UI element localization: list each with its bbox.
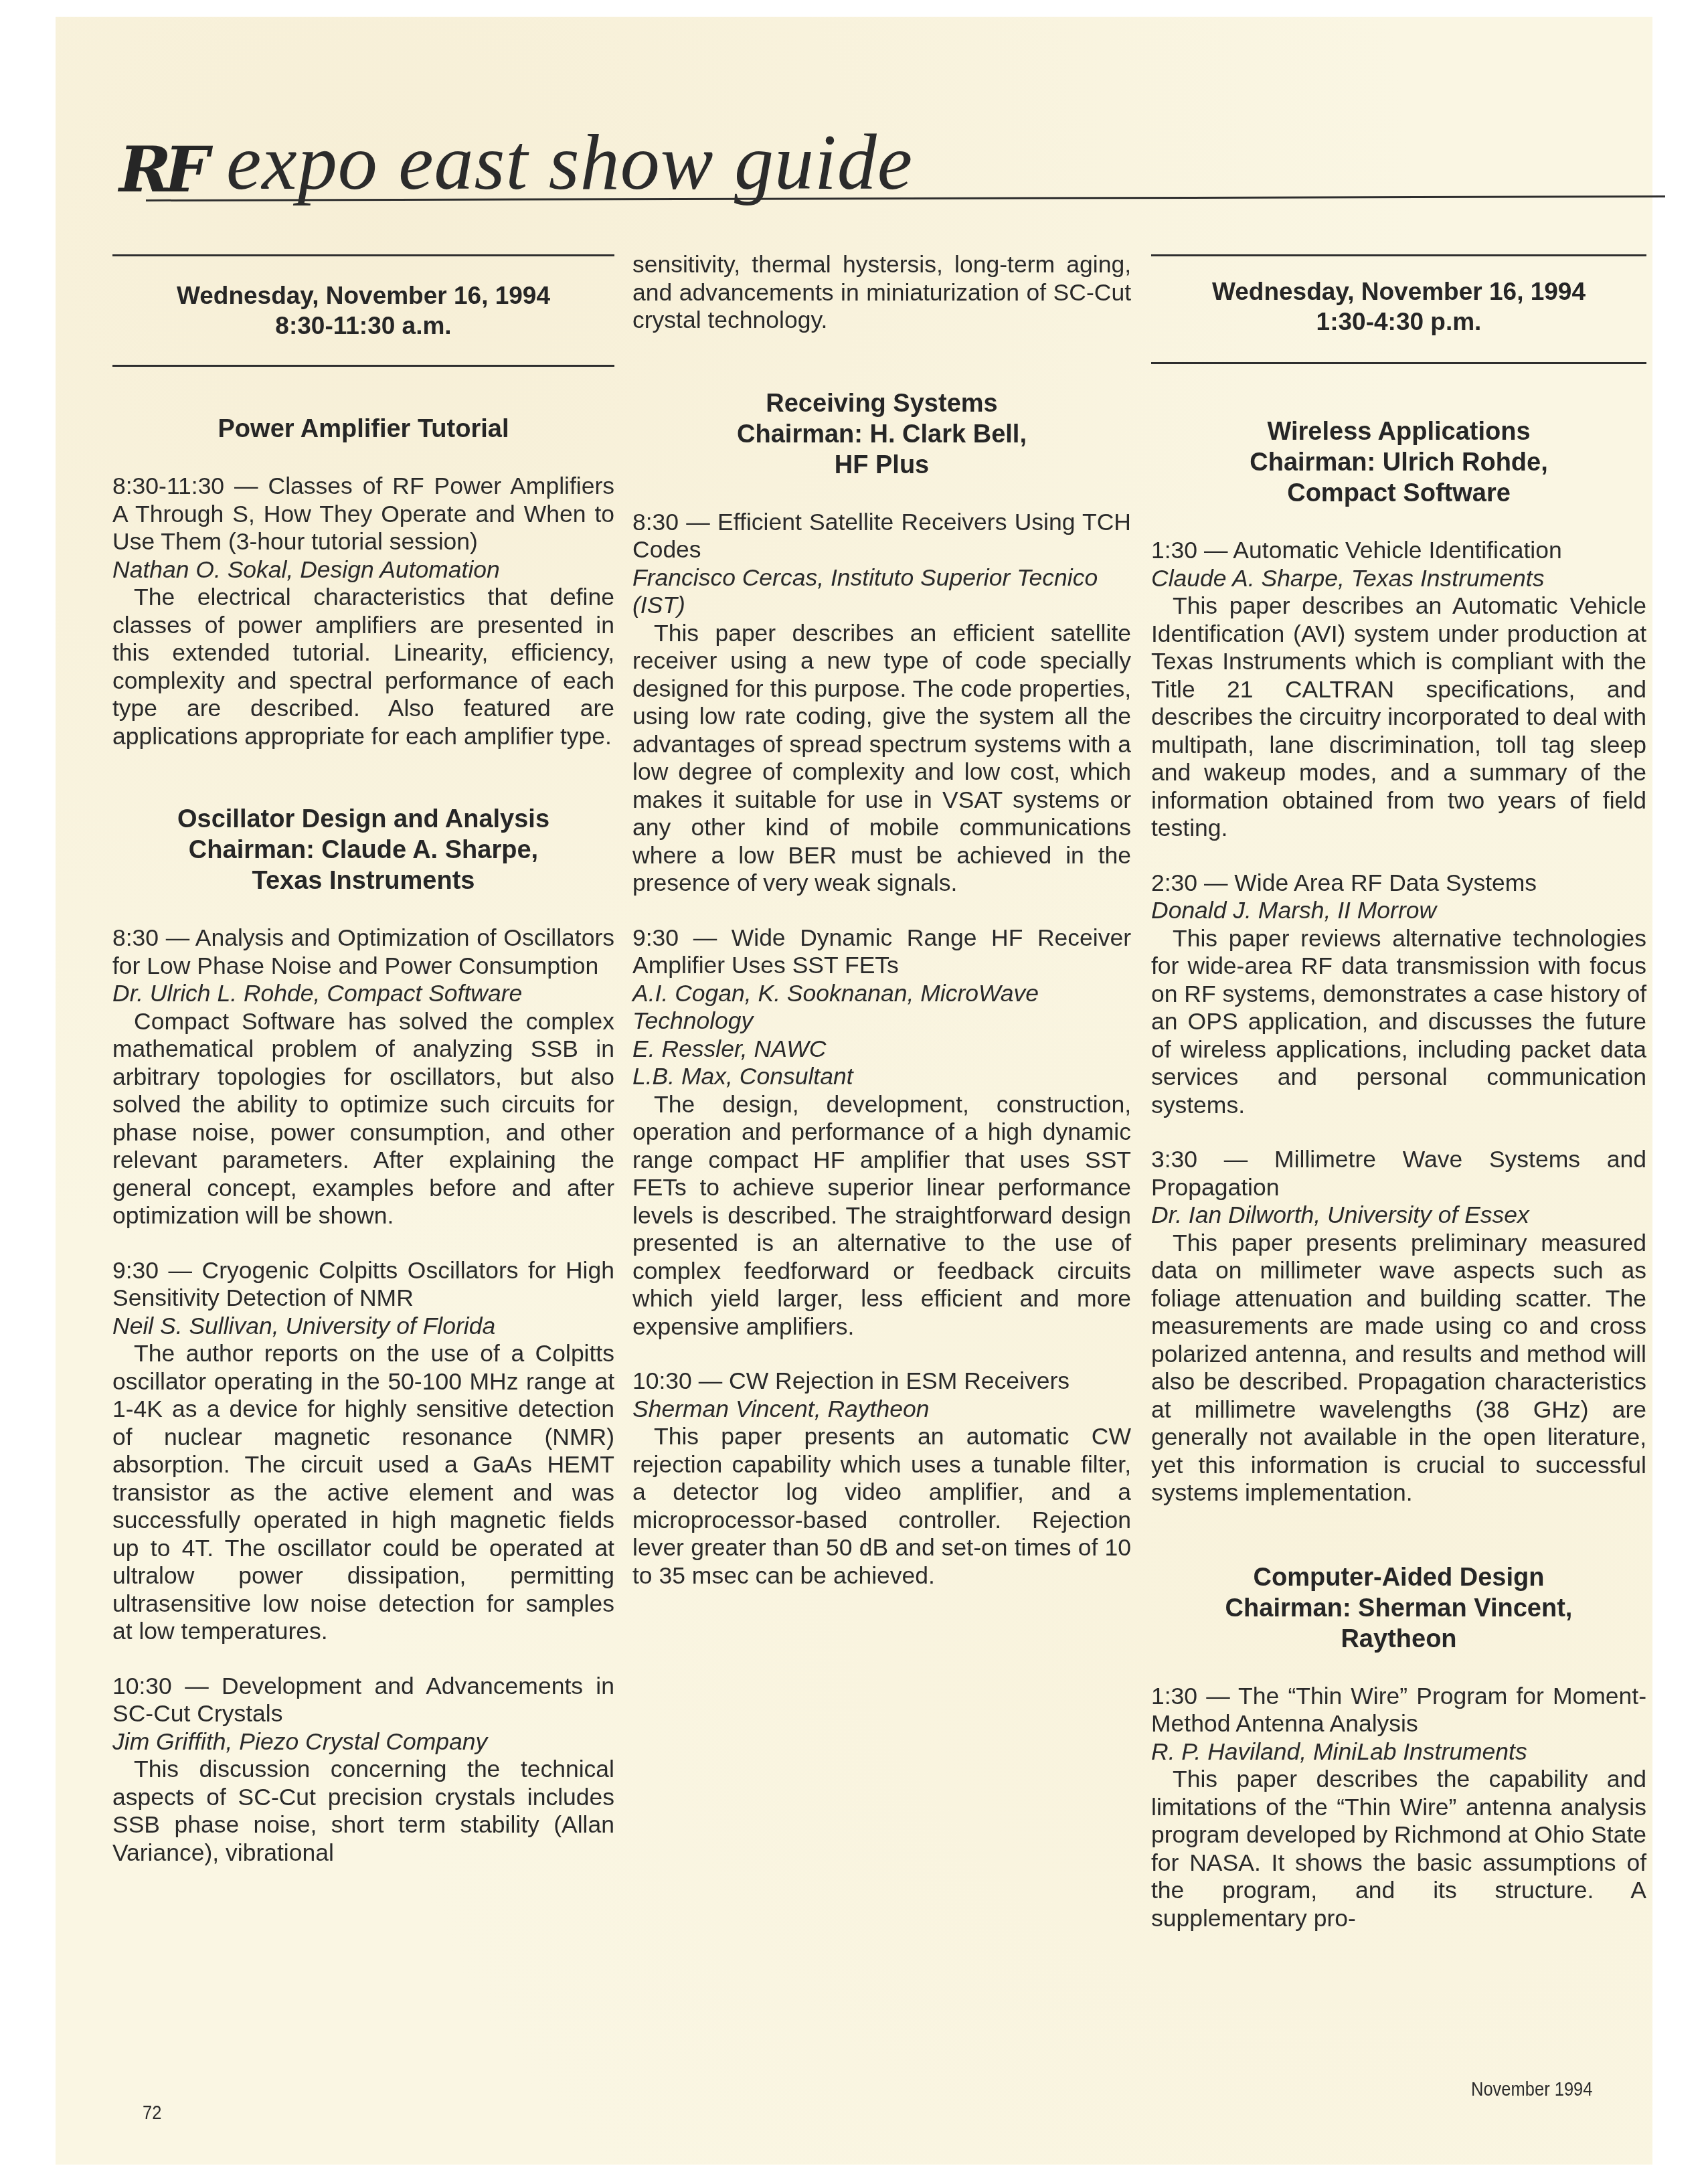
talk-description: This paper describes an Automatic Vehicl… bbox=[1151, 592, 1646, 843]
date-block: Wednesday, November 16, 1994 1:30-4:30 p… bbox=[1151, 256, 1646, 362]
session-affiliation: HF Plus bbox=[632, 450, 1131, 481]
date-day: Wednesday, November 16, 1994 bbox=[112, 280, 614, 311]
talk: 10:30 — Development and Advancements in … bbox=[112, 1673, 614, 1867]
session-title: Receiving Systems bbox=[632, 388, 1131, 419]
session-heading: Oscillator Design and Analysis Chairman:… bbox=[112, 804, 614, 896]
session-heading: Power Amplifier Tutorial bbox=[112, 414, 614, 444]
talk-description: This paper reviews alternative technolog… bbox=[1151, 925, 1646, 1120]
talk-description: Compact Software has solved the complex … bbox=[112, 1008, 614, 1230]
talk-title: 2:30 — Wide Area RF Data Systems bbox=[1151, 869, 1646, 898]
session-heading: Wireless Applications Chairman: Ulrich R… bbox=[1151, 416, 1646, 509]
talk-description: This paper presents preliminary measured… bbox=[1151, 1230, 1646, 1507]
talk-author: L.B. Max, Consultant bbox=[632, 1063, 1131, 1091]
session-affiliation: Raytheon bbox=[1151, 1624, 1646, 1655]
talk-description: The design, development, construction, o… bbox=[632, 1091, 1131, 1341]
talk-title: 9:30 — Cryogenic Colpitts Oscillators fo… bbox=[112, 1257, 614, 1313]
talk-title: 10:30 — Development and Advancements in … bbox=[112, 1673, 614, 1728]
page-title: expo east show guide bbox=[226, 117, 913, 208]
talk-title: 10:30 — CW Rejection in ESM Receivers bbox=[632, 1367, 1131, 1396]
talk-title: 3:30 — Millimetre Wave Systems and Propa… bbox=[1151, 1146, 1646, 1201]
rf-logo: RF bbox=[119, 133, 203, 207]
talk: 3:30 — Millimetre Wave Systems and Propa… bbox=[1151, 1146, 1646, 1507]
session-chairman: Chairman: Claude A. Sharpe, bbox=[112, 835, 614, 865]
talk-description: The electrical characteristics that defi… bbox=[112, 584, 614, 750]
continuation-paragraph: sensitivity, thermal hystersis, long-ter… bbox=[632, 251, 1131, 335]
date-time: 1:30-4:30 p.m. bbox=[1151, 307, 1646, 337]
talk-author: Dr. Ian Dilworth, University of Essex bbox=[1151, 1201, 1646, 1230]
session-heading: Computer-Aided Design Chairman: Sherman … bbox=[1151, 1562, 1646, 1655]
continued-text: sensitivity, thermal hystersis, long-ter… bbox=[632, 251, 1131, 335]
talk-author: Francisco Cercas, Instituto Superior Tec… bbox=[632, 564, 1131, 620]
talk-description: This paper describes the capability and … bbox=[1151, 1766, 1646, 1932]
issue-date: November 1994 bbox=[1471, 2078, 1592, 2101]
page-number: 72 bbox=[143, 2102, 161, 2124]
talk: 1:30 — The “Thin Wire” Program for Momen… bbox=[1151, 1683, 1646, 1933]
session-title: Oscillator Design and Analysis bbox=[112, 804, 614, 835]
magazine-page: RF expo east show guide Wednesday, Novem… bbox=[56, 17, 1652, 2165]
talk-author: A.I. Cogan, K. Sooknanan, MicroWave Tech… bbox=[632, 980, 1131, 1035]
session-chairman: Chairman: H. Clark Bell, bbox=[632, 419, 1131, 450]
session-affiliation: Texas Instruments bbox=[112, 865, 614, 896]
masthead: RF expo east show guide bbox=[119, 117, 1665, 211]
talk-author: Neil S. Sullivan, University of Florida bbox=[112, 1313, 614, 1341]
date-block: Wednesday, November 16, 1994 8:30-11:30 … bbox=[112, 256, 614, 365]
column-1: Wednesday, November 16, 1994 8:30-11:30 … bbox=[112, 254, 614, 1867]
talk-author: Dr. Ulrich L. Rohde, Compact Software bbox=[112, 980, 614, 1008]
talk: 8:30 — Analysis and Optimization of Osci… bbox=[112, 924, 614, 1230]
talk-title: 1:30 — The “Thin Wire” Program for Momen… bbox=[1151, 1683, 1646, 1738]
talk: 2:30 — Wide Area RF Data Systems Donald … bbox=[1151, 869, 1646, 1120]
session-chairman: Chairman: Ulrich Rohde, bbox=[1151, 447, 1646, 478]
talk-author: Nathan O. Sokal, Design Automation bbox=[112, 556, 614, 584]
date-day: Wednesday, November 16, 1994 bbox=[1151, 276, 1646, 307]
talk-author: Sherman Vincent, Raytheon bbox=[632, 1396, 1131, 1424]
talk-description: The author reports on the use of a Colpi… bbox=[112, 1340, 614, 1646]
talk-title: 8:30-11:30 — Classes of RF Power Amplifi… bbox=[112, 473, 614, 556]
talk: 9:30 — Wide Dynamic Range HF Receiver Am… bbox=[632, 924, 1131, 1341]
talk-author: Donald J. Marsh, II Morrow bbox=[1151, 897, 1646, 925]
talk: 8:30 — Efficient Satellite Receivers Usi… bbox=[632, 509, 1131, 898]
talk: 8:30-11:30 — Classes of RF Power Amplifi… bbox=[112, 473, 614, 750]
talk: 1:30 — Automatic Vehicle Identification … bbox=[1151, 537, 1646, 843]
talk-description: This paper describes an efficient satell… bbox=[632, 620, 1131, 898]
talk-description: This discussion concerning the technical… bbox=[112, 1756, 614, 1867]
talk: 10:30 — CW Rejection in ESM Receivers Sh… bbox=[632, 1367, 1131, 1590]
talk-author: Claude A. Sharpe, Texas Instruments bbox=[1151, 565, 1646, 593]
talk-description: This paper presents an automatic CW reje… bbox=[632, 1423, 1131, 1590]
session-chairman: Chairman: Sherman Vincent, bbox=[1151, 1593, 1646, 1624]
talk-author: R. P. Haviland, MiniLab Instruments bbox=[1151, 1738, 1646, 1766]
talk-title: 8:30 — Analysis and Optimization of Osci… bbox=[112, 924, 614, 980]
talk-author: Jim Griffith, Piezo Crystal Company bbox=[112, 1728, 614, 1756]
column-3: Wednesday, November 16, 1994 1:30-4:30 p… bbox=[1151, 254, 1646, 1932]
talk-title: 8:30 — Efficient Satellite Receivers Usi… bbox=[632, 509, 1131, 564]
session-title: Computer-Aided Design bbox=[1151, 1562, 1646, 1593]
session-title: Power Amplifier Tutorial bbox=[112, 414, 614, 444]
talk: 9:30 — Cryogenic Colpitts Oscillators fo… bbox=[112, 1257, 614, 1646]
talk-title: 9:30 — Wide Dynamic Range HF Receiver Am… bbox=[632, 924, 1131, 980]
session-title: Wireless Applications bbox=[1151, 416, 1646, 447]
date-time: 8:30-11:30 a.m. bbox=[112, 311, 614, 341]
session-heading: Receiving Systems Chairman: H. Clark Bel… bbox=[632, 388, 1131, 481]
column-2: sensitivity, thermal hystersis, long-ter… bbox=[632, 251, 1131, 1590]
talk-title: 1:30 — Automatic Vehicle Identification bbox=[1151, 537, 1646, 565]
talk-author: E. Ressler, NAWC bbox=[632, 1035, 1131, 1064]
session-affiliation: Compact Software bbox=[1151, 478, 1646, 509]
